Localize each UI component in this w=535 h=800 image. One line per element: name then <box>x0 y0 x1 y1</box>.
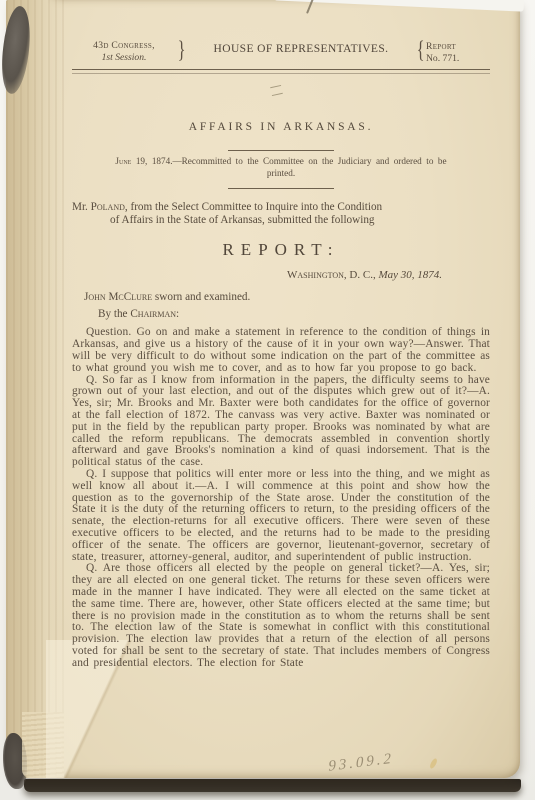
submitter-name: Poland <box>91 201 125 213</box>
witness-line: John McClure sworn and examined. <box>72 291 490 303</box>
testimony-paragraph: Q. So far as I know from information in … <box>72 375 490 469</box>
masthead: 43d Congress, 1st Session. } HOUSE OF RE… <box>72 40 490 64</box>
closing-brace: { <box>416 33 424 69</box>
recommit-text-line1: 19, 1874.—Recommitted to the Committee o… <box>131 156 446 166</box>
report-number: No. 771. <box>426 53 490 65</box>
recommit-text-line2: printed. <box>267 168 295 178</box>
recommit-date: June <box>115 156 131 166</box>
divider-rule-bottom <box>228 188 334 189</box>
scan-background: 43d Congress, 1st Session. } HOUSE OF RE… <box>0 0 535 800</box>
handwritten-catalog-number: 93.09.2 <box>328 745 437 775</box>
submission-line2: of Affairs in the State of Arkansas, sub… <box>72 214 490 227</box>
report-heading: REPORT: <box>72 240 490 260</box>
session-label: 1st Session. <box>72 52 176 64</box>
document-title: AFFAIRS IN ARKANSAS. <box>72 121 490 133</box>
masthead-rule <box>72 69 490 74</box>
place-dateline: Washington, D. C., May 30, 1874. <box>72 269 442 281</box>
examiner-name: Chairman <box>130 308 176 320</box>
congress-session-block: 43d Congress, 1st Session. <box>72 40 176 63</box>
testimony-paragraph: Q. Are those officers all elected by the… <box>72 563 490 669</box>
submission-statement: Mr. Poland, from the Select Committee to… <box>72 201 490 227</box>
recommit-dateline: June 19, 1874.—Recommitted to the Commit… <box>72 156 490 179</box>
book-board-edge <box>24 779 521 792</box>
submitter-prefix: Mr. <box>72 201 91 213</box>
examiner-line: By the Chairman: <box>72 308 490 320</box>
opening-brace: } <box>178 33 186 69</box>
book-spine <box>6 0 64 778</box>
submission-line1: , from the Select Committee to Inquire i… <box>125 201 382 213</box>
chamber-title: HOUSE OF REPRESENTATIVES. <box>187 40 415 55</box>
printed-content: 43d Congress, 1st Session. } HOUSE OF RE… <box>72 34 490 670</box>
book-page: 43d Congress, 1st Session. } HOUSE OF RE… <box>6 0 520 778</box>
examiner-prefix: By the <box>98 308 130 320</box>
testimony-date: May 30, 1874. <box>378 269 442 281</box>
page-block-edges <box>22 712 64 778</box>
witness-line-rest: sworn and examined. <box>152 291 250 303</box>
examiner-suffix: : <box>176 308 179 320</box>
report-number-block: Report No. 771. <box>426 40 490 64</box>
testimony-body: Question. Go on and make a statement in … <box>72 327 490 669</box>
congress-label: 43d Congress, <box>72 40 176 52</box>
place-name: Washington, D. C., <box>287 269 378 281</box>
report-label: Report <box>426 41 490 53</box>
divider-rule-top <box>228 150 334 151</box>
witness-name: John McClure <box>84 291 152 303</box>
testimony-paragraph: Question. Go on and make a statement in … <box>72 327 490 374</box>
testimony-paragraph: Q. I suppose that politics will enter mo… <box>72 469 490 563</box>
